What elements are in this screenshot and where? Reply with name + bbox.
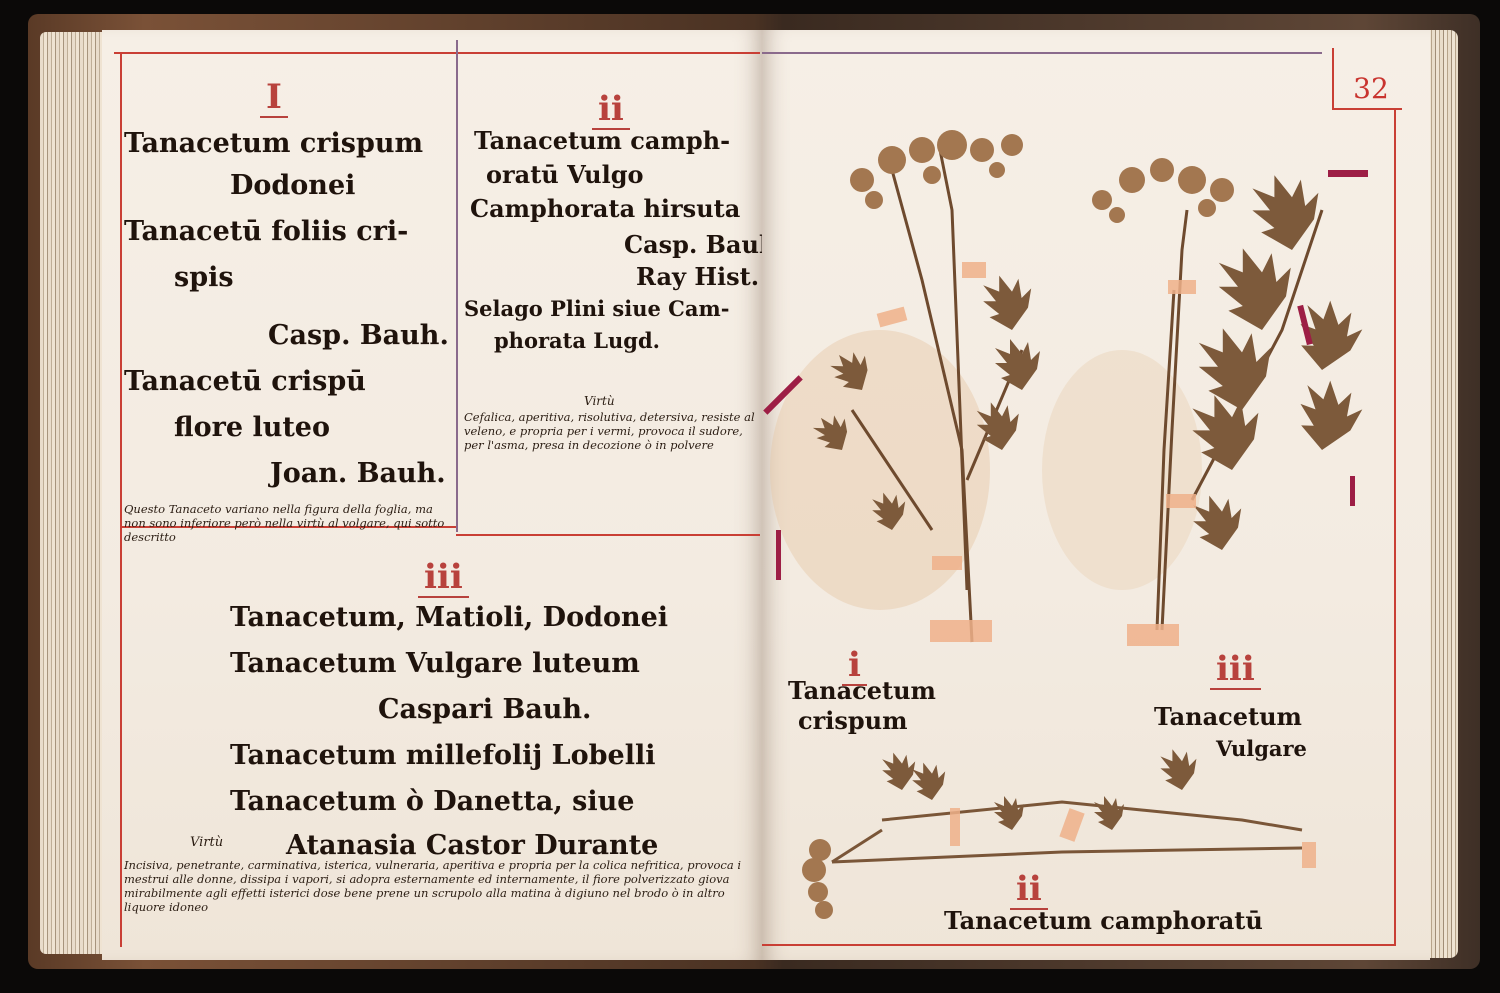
entry-2-line-2: oratū Vulgo xyxy=(486,160,644,189)
entry-1-note: Questo Tanaceto variano nella figura del… xyxy=(124,502,454,544)
frame-left-rule xyxy=(120,52,122,947)
page-edges-left xyxy=(40,32,106,954)
entry-3-line-2: Tanacetum Vulgare luteum xyxy=(230,648,640,679)
paper-slip xyxy=(1350,476,1355,506)
entry-2-line-5: Ray Hist. xyxy=(636,262,759,291)
entry-2-virtue-heading: Virtù xyxy=(584,394,615,408)
specimen-3-numeral: iii xyxy=(1210,652,1261,690)
entry-1-line-7: flore luteo xyxy=(174,412,330,443)
frame-top-rule xyxy=(114,52,760,54)
page-edges-right xyxy=(1428,30,1458,958)
entry-3-line-6: Atanasia Castor Durante xyxy=(286,830,658,861)
entry-2-line-1: Tanacetum camph- xyxy=(474,126,730,155)
entry-1-line-1: Tanacetum crispum xyxy=(124,128,423,159)
tape-strip xyxy=(950,808,960,846)
entry-3-line-3: Caspari Bauh. xyxy=(378,694,591,725)
paper-slip xyxy=(1328,170,1368,177)
specimen-3-name-line-2: Vulgare xyxy=(1216,736,1307,761)
tape-strip xyxy=(962,262,986,278)
tape-strip xyxy=(1166,494,1196,508)
entry-3-numeral: iii xyxy=(418,560,469,598)
left-page: I Tanacetum crispum Dodonei Tanacetū fol… xyxy=(102,30,762,960)
entry-3-virtue-text: Incisiva, penetrante, carminativa, ister… xyxy=(124,858,760,914)
entry-3-line-4: Tanacetum millefolij Lobelli xyxy=(230,740,655,771)
right-page: i Tanacetum crispum iii Tanacetum Vulgar… xyxy=(762,30,1430,960)
entry-2-line-4: Casp. Bauh. xyxy=(624,230,785,259)
entry-1-line-6: Tanacetū crispū xyxy=(124,366,366,397)
tape-strip xyxy=(1302,842,1316,868)
page-number: 32 xyxy=(1337,72,1405,106)
specimen-2-numeral: ii xyxy=(1010,872,1048,910)
specimen-3-name-line-1: Tanacetum xyxy=(1154,702,1302,731)
specimen-2-name: Tanacetum camphoratū xyxy=(944,906,1263,935)
tape-strip xyxy=(932,556,962,570)
paper-slip xyxy=(776,530,781,580)
tape-strip xyxy=(1127,624,1179,646)
entry-1-line-3: Tanacetū foliis cri- xyxy=(124,216,408,247)
entry-2-line-3: Camphorata hirsuta xyxy=(470,194,740,223)
entry-3-line-5: Tanacetum ò Danetta, siue xyxy=(230,786,634,817)
entry-2-numeral: ii xyxy=(592,92,630,130)
entry-1-line-8: Joan. Bauh. xyxy=(270,458,446,489)
tape-strip xyxy=(1168,280,1196,294)
entry-2-virtue-text: Cefalica, aperitiva, risolutiva, detersi… xyxy=(464,410,760,452)
entry-3-line-1: Tanacetum, Matioli, Dodonei xyxy=(230,602,668,633)
entry-3-virtue-heading: Virtù xyxy=(190,836,223,850)
specimen-1-name-line-2: crispum xyxy=(798,706,908,735)
entry-1-numeral: I xyxy=(260,80,288,118)
specimen-1-name-line-1: Tanacetum xyxy=(788,676,936,705)
entry-1-line-2: Dodonei xyxy=(230,170,355,201)
entry-1-line-5: Casp. Bauh. xyxy=(268,320,449,351)
entry-2-bottom-rule xyxy=(456,534,760,536)
column-divider xyxy=(456,40,458,532)
entry-1-line-4: spis xyxy=(174,262,234,293)
tape-strip xyxy=(930,620,992,642)
entry-2-line-7: phorata Lugd. xyxy=(494,328,660,353)
entry-2-line-6: Selago Plini siue Cam- xyxy=(464,296,729,321)
